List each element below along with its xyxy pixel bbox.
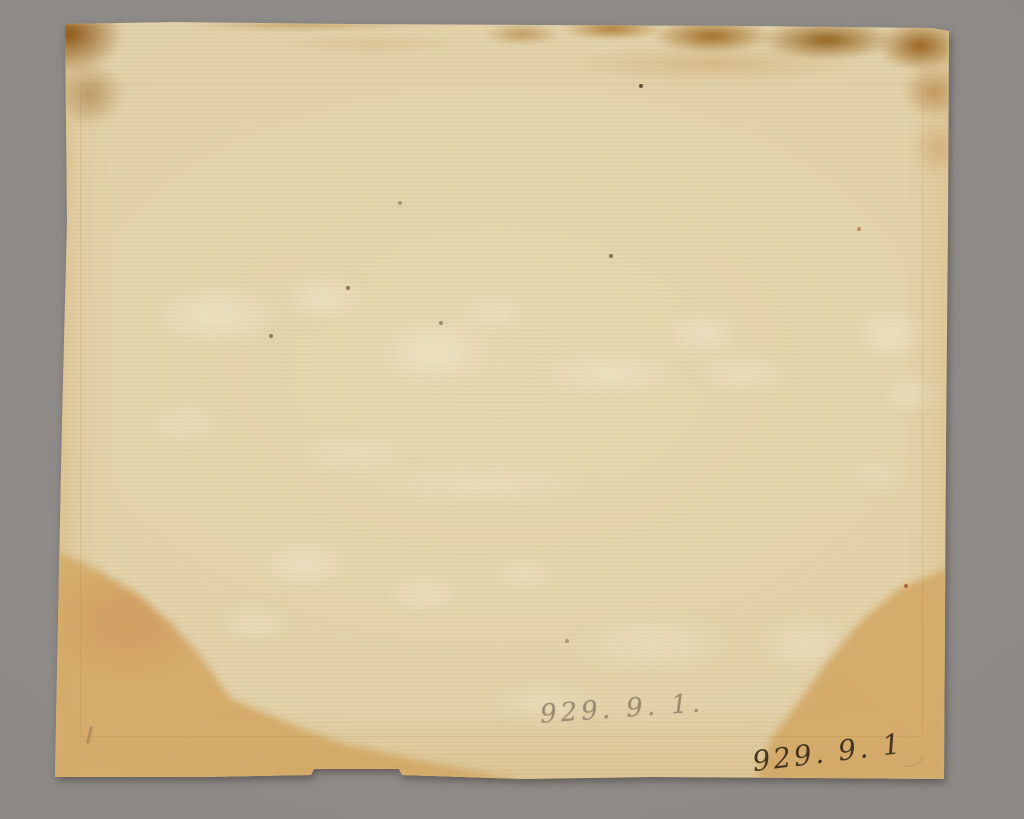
paper-wrapper: 929. 9. 1. 929. 9. 1 [0, 0, 1024, 819]
foxing-specks [52, 22, 54, 24]
inner-sheet-edge [80, 84, 923, 737]
photograph-verso-paper: 929. 9. 1. 929. 9. 1 [52, 22, 949, 781]
photo-mat-background: 929. 9. 1. 929. 9. 1 [0, 0, 1024, 819]
